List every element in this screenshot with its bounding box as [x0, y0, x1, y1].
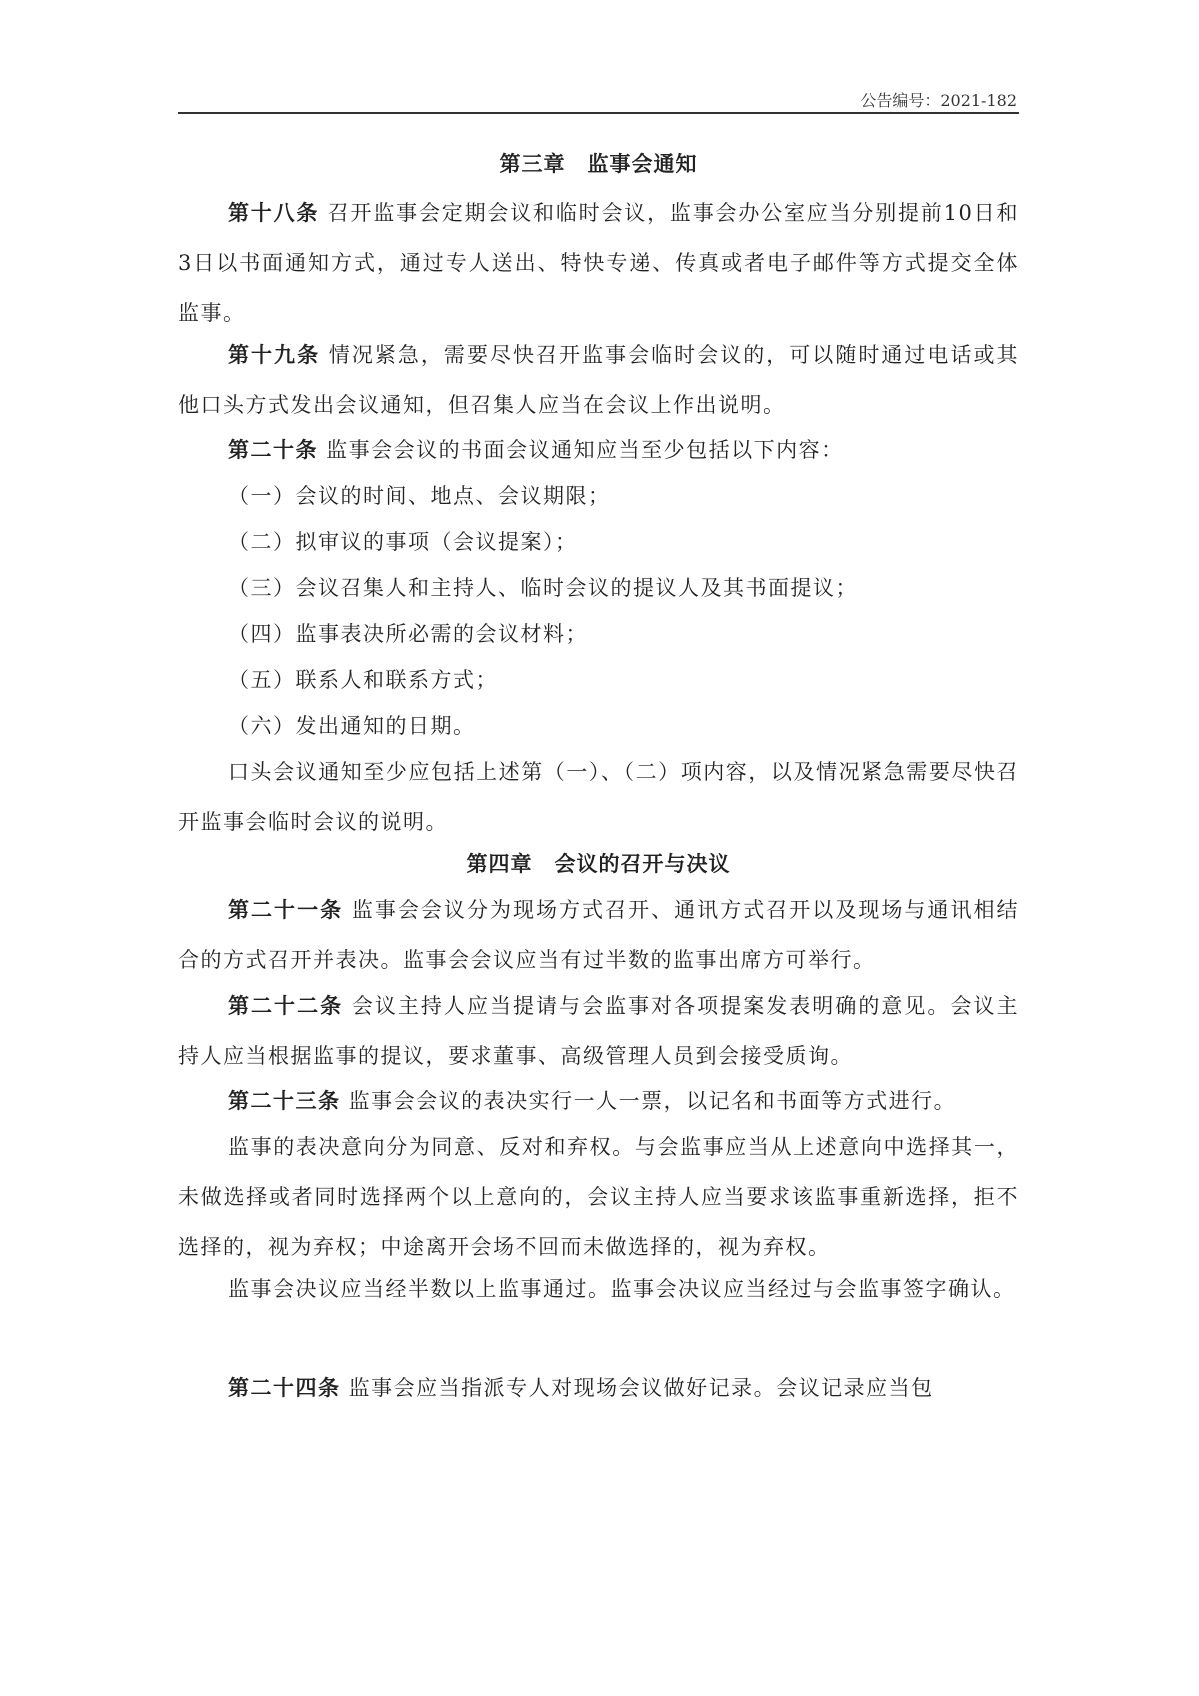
- resolution-paragraph: 监事会决议应当经半数以上监事通过。监事会决议应当经过与会监事签字确认。: [178, 1264, 1019, 1314]
- article-23: 第二十三条 监事会会议的表决实行一人一票，以记名和书面等方式进行。: [178, 1076, 1019, 1126]
- list-item-5: （五）联系人和联系方式；: [178, 655, 1019, 705]
- chapter-title-4: 第四章 会议的召开与决议: [178, 848, 1019, 878]
- announcement-number: 公告编号：2021-182: [860, 88, 1017, 111]
- list-item-4: （四）监事表决所必需的会议材料；: [178, 609, 1019, 659]
- article-20: 第二十条 监事会会议的书面会议通知应当至少包括以下内容：: [178, 425, 1019, 475]
- article-18: 第十八条 召开监事会定期会议和临时会议，监事会办公室应当分别提前10日和3日以书…: [178, 188, 1019, 338]
- oral-notice-paragraph: 口头会议通知至少应包括上述第（一）、（二）项内容，以及情况紧急需要尽快召开监事会…: [178, 747, 1019, 847]
- article-text: 监事会会议的书面会议通知应当至少包括以下内容：: [318, 438, 844, 462]
- list-item-2: （二）拟审议的事项（会议提案）；: [178, 517, 1019, 567]
- article-number: 第二十条: [228, 437, 318, 462]
- voting-intent-paragraph: 监事的表决意向分为同意、反对和弃权。与会监事应当从上述意向中选择其一，未做选择或…: [178, 1122, 1019, 1272]
- list-item-1: （一）会议的时间、地点、会议期限；: [178, 471, 1019, 521]
- article-22: 第二十二条 会议主持人应当提请与会监事对各项提案发表明确的意见。会议主持人应当根…: [178, 981, 1019, 1081]
- article-number: 第二十一条: [228, 897, 343, 922]
- article-24: 第二十四条 监事会应当指派专人对现场会议做好记录。会议记录应当包: [178, 1363, 1019, 1413]
- article-19: 第十九条 情况紧急，需要尽快召开监事会临时会议的，可以随时通过电话或其他口头方式…: [178, 330, 1019, 430]
- article-number: 第十八条: [228, 200, 319, 225]
- article-number: 第二十四条: [228, 1375, 341, 1400]
- article-number: 第二十三条: [228, 1088, 341, 1113]
- chapter-title-3: 第三章 监事会通知: [178, 148, 1019, 178]
- list-item-3: （三）会议召集人和主持人、临时会议的提议人及其书面提议；: [178, 563, 1019, 613]
- article-number: 第十九条: [228, 342, 320, 367]
- page-header: 公告编号：2021-182: [178, 82, 1019, 114]
- article-text: 监事会会议的表决实行一人一票，以记名和书面等方式进行。: [341, 1089, 957, 1113]
- article-text: 监事会应当指派专人对现场会议做好记录。会议记录应当包: [341, 1376, 934, 1400]
- article-21: 第二十一条 监事会会议分为现场方式召开、通讯方式召开以及现场与通讯相结合的方式召…: [178, 885, 1019, 985]
- list-item-6: （六）发出通知的日期。: [178, 701, 1019, 751]
- article-number: 第二十二条: [228, 993, 343, 1018]
